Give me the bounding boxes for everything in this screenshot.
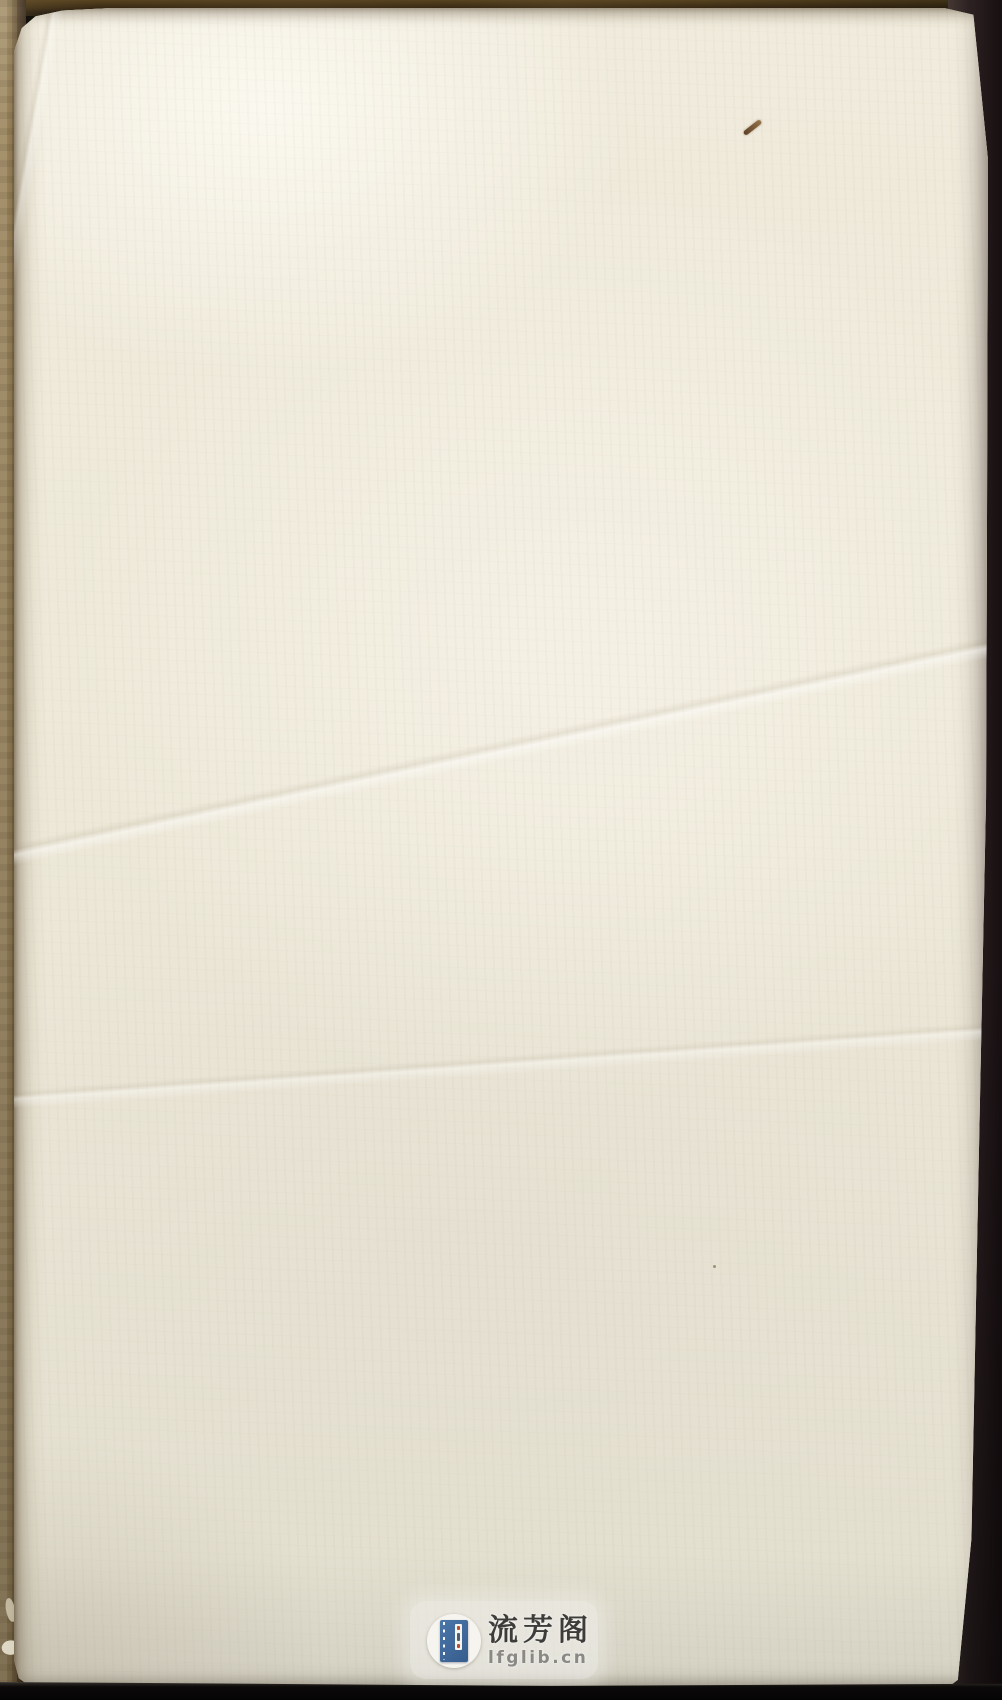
paper-creases (14, 8, 988, 1690)
scanned-book-page: 流芳阁 lfglib.cn (0, 0, 1002, 1700)
tiny-speck (713, 1265, 716, 1268)
label-mark (457, 1626, 460, 1630)
watermark-badge (427, 1614, 481, 1668)
watermark-text: 流芳阁 lfglib.cn (488, 1614, 593, 1667)
thread-bound-book-icon (440, 1620, 468, 1662)
site-watermark: 流芳阁 lfglib.cn (427, 1614, 593, 1668)
label-mark (457, 1633, 460, 1641)
watermark-brand-name: 流芳阁 (488, 1616, 593, 1646)
watermark-domain: lfglib.cn (488, 1650, 593, 1667)
label-mark (457, 1644, 460, 1648)
blank-page (14, 8, 988, 1690)
book-title-label (455, 1624, 462, 1650)
book-stitching (443, 1622, 445, 1660)
